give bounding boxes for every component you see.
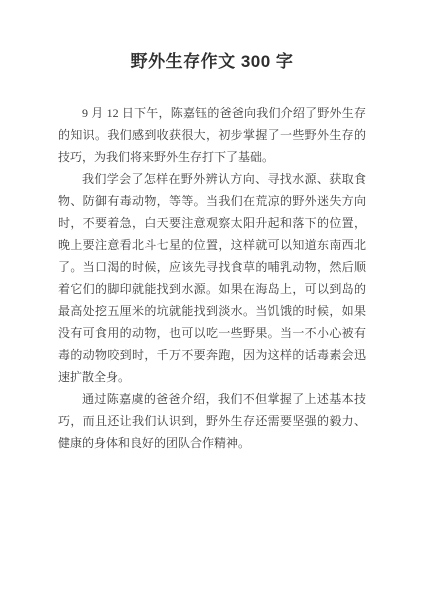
essay-body: 9 月 12 日下午，陈嘉钰的爸爸向我们介绍了野外生存的知识。我们感到收获很大，…	[58, 102, 366, 454]
essay-paragraph-1: 9 月 12 日下午，陈嘉钰的爸爸向我们介绍了野外生存的知识。我们感到收获很大，…	[58, 102, 366, 168]
document-page: 野外生存作文 300 字 9 月 12 日下午，陈嘉钰的爸爸向我们介绍了野外生存…	[0, 0, 423, 600]
page-title: 野外生存作文 300 字	[58, 50, 366, 74]
essay-paragraph-3: 通过陈嘉虞的爸爸介绍，我们不但掌握了上述基本技巧，而且还让我们认识到，野外生存还…	[58, 388, 366, 454]
essay-paragraph-2: 我们学会了怎样在野外辨认方向、寻找水源、获取食物、防御有毒动物，等等。当我们在荒…	[58, 168, 366, 388]
